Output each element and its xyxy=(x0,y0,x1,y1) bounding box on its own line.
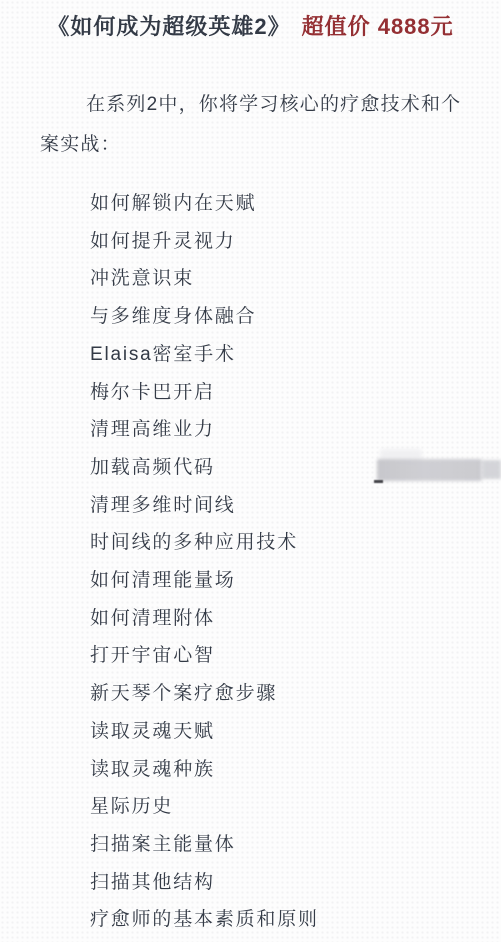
list-item: 如何清理能量场 xyxy=(90,562,501,600)
list-item: 打开宇宙心智 xyxy=(90,637,501,675)
course-topic-list: 如何解锁内在天赋如何提升灵视力冲洗意识束与多维度身体融合Elaisa密室手术梅尔… xyxy=(0,185,501,939)
intro-paragraph: 在系列2中，你将学习核心的疗愈技术和个案实战： xyxy=(40,85,475,165)
list-item: 读取灵魂天赋 xyxy=(90,713,501,751)
page-title: 《如何成为超级英雄2》 xyxy=(47,14,290,39)
list-item: 冲洗意识束 xyxy=(90,260,501,298)
list-item: 如何解锁内在天赋 xyxy=(90,185,501,223)
list-item: 时间线的多种应用技术 xyxy=(90,524,501,562)
list-item: 清理高维业力 xyxy=(90,411,501,449)
list-item: 新天琴个案疗愈步骤 xyxy=(90,675,501,713)
list-item: 读取灵魂种族 xyxy=(90,751,501,789)
list-item: 星际历史 xyxy=(90,788,501,826)
list-item: Elaisa密室手术 xyxy=(90,336,501,374)
list-item: 如何清理附体 xyxy=(90,600,501,638)
list-item: 梅尔卡巴开启 xyxy=(90,374,501,412)
page-header: 《如何成为超级英雄2》超值价 4888元 xyxy=(0,0,501,40)
price-label: 超值价 4888元 xyxy=(302,14,454,39)
list-item: 如何提升灵视力 xyxy=(90,223,501,261)
course-description-page: 《如何成为超级英雄2》超值价 4888元 在系列2中，你将学习核心的疗愈技术和个… xyxy=(0,0,501,942)
list-item: 扫描其他结构 xyxy=(90,864,501,902)
list-item: 与多维度身体融合 xyxy=(90,298,501,336)
list-item: 疗愈师的基本素质和原则 xyxy=(90,901,501,939)
list-item: 扫描案主能量体 xyxy=(90,826,501,864)
list-item: 加载高频代码 xyxy=(90,449,501,487)
list-item: 清理多维时间线 xyxy=(90,487,501,525)
